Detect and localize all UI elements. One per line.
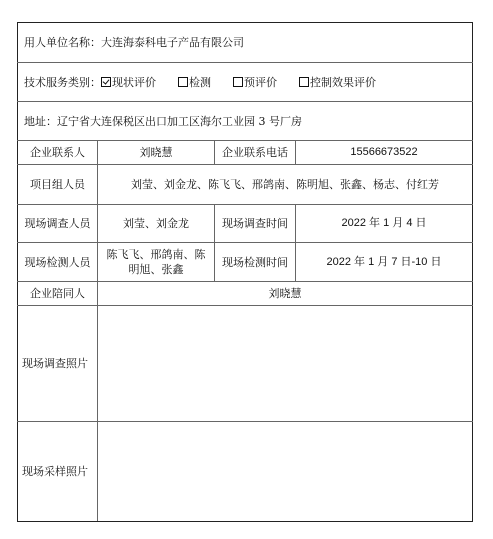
address-cell: 地址：辽宁省大连保税区出口加工区海尔工业园 3 号厂房 <box>18 102 473 141</box>
project-team-value: 刘莹、刘金龙、陈飞飞、邢鸽南、陈明旭、张鑫、杨志、付红芳 <box>98 165 473 205</box>
option-label: 现状评价 <box>112 76 156 89</box>
address-label: 地址： <box>24 115 57 128</box>
project-team-label: 项目组人员 <box>18 165 98 205</box>
option-label: 控制效果评价 <box>310 76 376 89</box>
survey-staff-label: 现场调查人员 <box>18 205 98 243</box>
sampling-photos-row: 现场采样照片 <box>18 422 473 522</box>
checkbox-checked-icon[interactable] <box>101 77 111 87</box>
phone-label: 企业联系电话 <box>215 141 296 165</box>
option-label: 预评价 <box>244 76 277 89</box>
contact-value: 刘晓慧 <box>98 141 215 165</box>
detection-row: 现场检测人员 陈飞飞、邢鸽南、陈明旭、张鑫 现场检测时间 2022 年 1 月 … <box>18 243 473 282</box>
survey-staff-value: 刘莹、刘金龙 <box>98 205 215 243</box>
checkbox-empty-icon[interactable] <box>178 77 188 87</box>
detection-staff-label: 现场检测人员 <box>18 243 98 282</box>
contact-label: 企业联系人 <box>18 141 98 165</box>
option-pre-evaluation[interactable]: 预评价 <box>233 75 277 90</box>
option-label: 检测 <box>189 76 211 89</box>
checkbox-empty-icon[interactable] <box>233 77 243 87</box>
survey-time-label: 现场调查时间 <box>215 205 296 243</box>
phone-value: 15566673522 <box>296 141 473 165</box>
service-type-label: 技术服务类别： <box>24 76 101 89</box>
survey-time-value: 2022 年 1 月 4 日 <box>296 205 473 243</box>
option-detection[interactable]: 检测 <box>178 75 211 90</box>
address-row: 地址：辽宁省大连保税区出口加工区海尔工业园 3 号厂房 <box>18 102 473 141</box>
escort-value: 刘晓慧 <box>98 282 473 306</box>
project-team-row: 项目组人员 刘莹、刘金龙、陈飞飞、邢鸽南、陈明旭、张鑫、杨志、付红芳 <box>18 165 473 205</box>
option-control-effect-evaluation[interactable]: 控制效果评价 <box>299 75 376 90</box>
service-type-row: 技术服务类别：现状评价检测预评价控制效果评价 <box>18 63 473 102</box>
sampling-photos-area <box>98 422 473 522</box>
service-type-cell: 技术服务类别：现状评价检测预评价控制效果评价 <box>18 63 473 102</box>
employer-label: 用人单位名称： <box>24 36 101 49</box>
survey-photos-row: 现场调查照片 <box>18 306 473 422</box>
employer-value: 大连海泰科电子产品有限公司 <box>101 36 244 49</box>
contact-row: 企业联系人 刘晓慧 企业联系电话 15566673522 <box>18 141 473 165</box>
survey-row: 现场调查人员 刘莹、刘金龙 现场调查时间 2022 年 1 月 4 日 <box>18 205 473 243</box>
escort-label: 企业陪同人 <box>18 282 98 306</box>
detection-time-label: 现场检测时间 <box>215 243 296 282</box>
sampling-photos-label: 现场采样照片 <box>18 422 98 522</box>
employer-cell: 用人单位名称：大连海泰科电子产品有限公司 <box>18 23 473 63</box>
site-survey-form: 用人单位名称：大连海泰科电子产品有限公司 技术服务类别：现状评价检测预评价控制效… <box>17 22 472 522</box>
checkbox-empty-icon[interactable] <box>299 77 309 87</box>
survey-photos-area <box>98 306 473 422</box>
option-current-evaluation[interactable]: 现状评价 <box>101 75 156 90</box>
escort-row: 企业陪同人 刘晓慧 <box>18 282 473 306</box>
detection-time-value: 2022 年 1 月 7 日-10 日 <box>296 243 473 282</box>
address-value: 辽宁省大连保税区出口加工区海尔工业园 3 号厂房 <box>57 115 302 128</box>
survey-record-table: 用人单位名称：大连海泰科电子产品有限公司 技术服务类别：现状评价检测预评价控制效… <box>17 22 473 522</box>
detection-staff-value: 陈飞飞、邢鸽南、陈明旭、张鑫 <box>98 243 215 282</box>
employer-row: 用人单位名称：大连海泰科电子产品有限公司 <box>18 23 473 63</box>
survey-photos-label: 现场调查照片 <box>18 306 98 422</box>
